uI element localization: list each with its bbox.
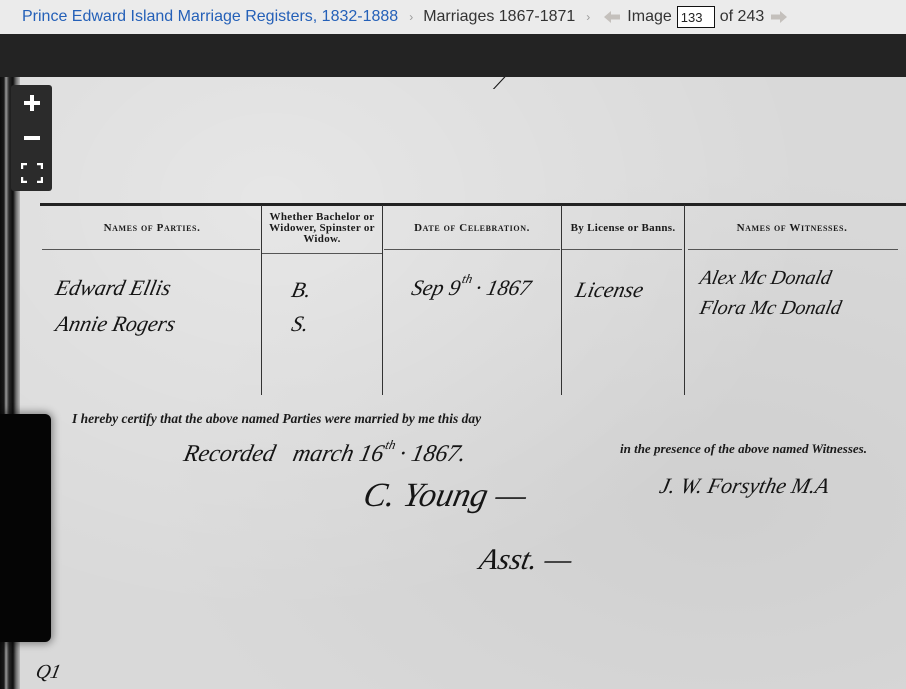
breadcrumb-volume[interactable]: Marriages 1867-1871: [423, 8, 575, 26]
column-header-witnesses: Names of Witnesses.: [686, 207, 898, 249]
presence-text: in the presence of the above named Witne…: [620, 441, 867, 457]
party-1-name: Edward Ellis: [53, 275, 173, 301]
margin-note: Q1: [34, 661, 63, 684]
recorded-note: Recorded march 16th · 1867.: [181, 441, 468, 468]
top-scrawl: ⁄: [496, 77, 508, 97]
binding-shadow: [0, 414, 51, 642]
header-rule: [262, 253, 382, 254]
next-image-button[interactable]: [770, 11, 787, 23]
recorded-date-suffix: th: [384, 437, 397, 452]
minus-icon: [24, 130, 40, 146]
registrar-title: Asst. —: [476, 543, 575, 577]
image-number-input[interactable]: [677, 6, 715, 28]
previous-image-button[interactable]: [604, 11, 621, 23]
header-rule: [562, 249, 682, 250]
column-header-condition: Whether Bachelor or Widower, Spinster or…: [262, 207, 382, 249]
witness-1-name: Alex Mc Donald: [698, 267, 834, 290]
zoom-out-button[interactable]: [11, 120, 52, 155]
license-or-banns-value: License: [573, 277, 646, 303]
header-rule: [384, 249, 560, 250]
party-2-name: Annie Rogers: [53, 311, 178, 337]
breadcrumb-bar: Prince Edward Island Marriage Registers,…: [0, 0, 906, 34]
image-viewer[interactable]: ⁄ Names of Parties. Whether Bachelor or …: [0, 77, 906, 689]
column-header-date: Date of Celebration.: [384, 207, 560, 249]
date-month-day: Sep 9: [409, 275, 463, 300]
zoom-in-button[interactable]: [11, 85, 52, 120]
arrow-right-icon: [770, 11, 787, 23]
zoom-controls: [11, 85, 52, 191]
recorded-year: · 1867.: [397, 441, 469, 467]
breadcrumb-separator: ›: [586, 10, 590, 24]
header-rule: [688, 249, 898, 250]
party-1-status: B.: [289, 277, 313, 303]
register-page-image: ⁄ Names of Parties. Whether Bachelor or …: [0, 77, 906, 689]
marriage-date: Sep 9th · 1867: [409, 275, 533, 301]
breadcrumb-collection-link[interactable]: Prince Edward Island Marriage Registers,…: [22, 8, 398, 26]
recorded-date: march 16: [290, 441, 386, 467]
certify-text: I hereby certify that the above named Pa…: [72, 411, 481, 427]
date-year: · 1867: [473, 275, 533, 300]
image-total-label: of 243: [720, 8, 764, 26]
arrow-left-icon: [604, 11, 621, 23]
table-top-rule: [40, 203, 906, 206]
minister-signature: J. W. Forsythe M.A: [657, 473, 832, 499]
recorded-label: Recorded: [181, 441, 278, 467]
party-2-status: S.: [289, 311, 311, 337]
column-divider: [382, 205, 383, 395]
plus-icon: [24, 95, 40, 111]
date-suffix: th: [461, 271, 474, 286]
column-divider: [684, 205, 685, 395]
viewer-toolbar: [0, 34, 906, 77]
fullscreen-icon: [21, 163, 43, 183]
image-label: Image: [627, 8, 671, 26]
column-header-license-or-banns: By License or Banns.: [562, 207, 684, 249]
witness-2-name: Flora Mc Donald: [698, 297, 844, 320]
breadcrumb-separator: ›: [409, 10, 413, 24]
column-header-names-of-parties: Names of Parties.: [44, 207, 260, 249]
registrar-signature: C. Young —: [360, 477, 530, 515]
header-rule: [42, 249, 260, 250]
fullscreen-button[interactable]: [11, 155, 52, 190]
